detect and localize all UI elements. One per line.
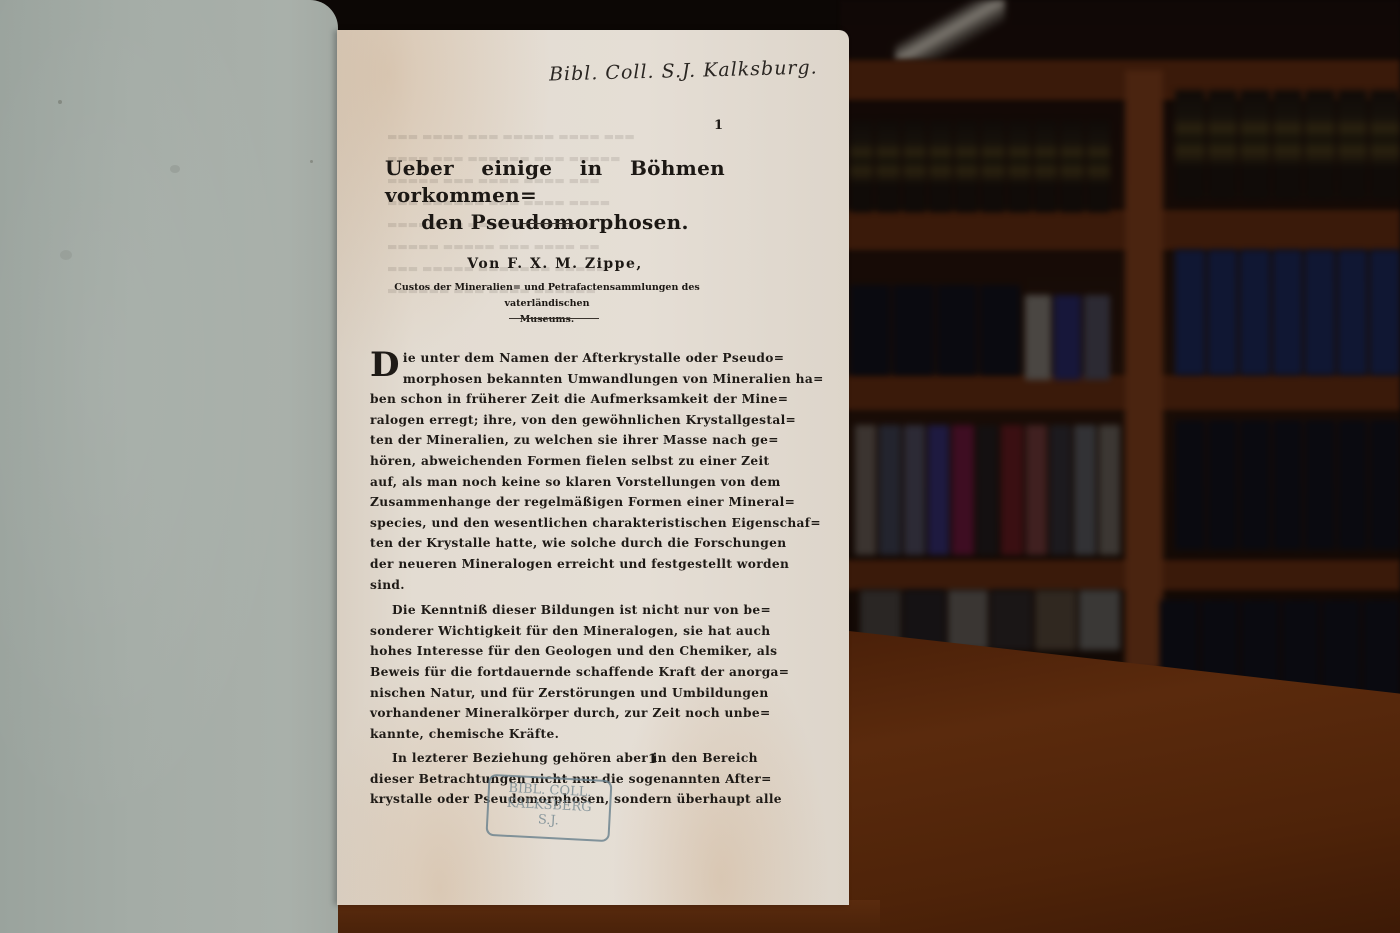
text-line: morphosen bekannten Umwandlungen von Min…: [370, 369, 721, 390]
title-divider: [523, 223, 578, 224]
title-line-1: Ueber einige in Böhmen vorkommen=: [385, 155, 725, 209]
text-line: Die Kenntniß dieser Bildungen ist nicht …: [370, 600, 721, 621]
author-byline: Von F. X. M. Zippe,: [385, 256, 725, 272]
text-line: hören, abweichenden Formen fielen selbst…: [370, 451, 721, 472]
lamp-glare: [895, 0, 1005, 60]
text-line: auf, als man noch keine so klaren Vorste…: [370, 472, 721, 493]
text-line: ralogen erregt; ihre, von den gewöhnlich…: [370, 410, 721, 431]
text-line: Zusammenhange der regelmäßigen Formen ei…: [370, 492, 721, 513]
paragraph-1: D ie unter dem Namen der Afterkrystalle …: [370, 348, 721, 595]
text-line: species, und den wesentlichen charakteri…: [370, 513, 721, 534]
text-line: ben schon in früherer Zeit die Aufmerksa…: [370, 389, 721, 410]
body-text: D ie unter dem Namen der Afterkrystalle …: [370, 348, 721, 810]
text-line: hohes Interesse für den Geologen und den…: [370, 641, 721, 662]
text-line: In lezterer Beziehung gehören aber in de…: [370, 748, 721, 769]
photo-scene: ▬▬▬ ▬▬▬▬ ▬▬▬ ▬▬▬▬▬ ▬▬▬▬ ▬▬▬ ▬▬▬▬ ▬▬▬ ▬▬▬…: [0, 0, 1400, 933]
title-line-2: den Pseudomorphosen.: [421, 210, 689, 234]
text-line: sind.: [370, 575, 721, 596]
book-cover-left: [0, 0, 338, 933]
paragraph-2: Die Kenntniß dieser Bildungen ist nicht …: [370, 600, 721, 744]
affiliation-line-2: Museums.: [367, 312, 727, 328]
page-number-top: 1: [714, 118, 723, 133]
text-line: Beweis für die fortdauernde schaffende K…: [370, 662, 721, 683]
text-line: kannte, chemische Kräfte.: [370, 724, 721, 745]
text-line: der neueren Mineralogen erreicht und fes…: [370, 554, 721, 575]
text-line: nischen Natur, und für Zerstörungen und …: [370, 683, 721, 704]
signature-mark: 1: [648, 752, 657, 767]
byline-divider: [509, 318, 599, 319]
drop-cap: D: [370, 350, 400, 380]
text-line: vorhandener Mineralkörper durch, zur Zei…: [370, 703, 721, 724]
text-line: ten der Krystalle hatte, wie solche durc…: [370, 533, 721, 554]
handwritten-library-note: Bibl. Coll. S.J. Kalksburg.: [549, 56, 818, 85]
library-stamp: BIBL. COLL. KALKSBERG S.J.: [485, 774, 612, 842]
text-line: sonderer Wichtigkeit für den Mineralogen…: [370, 621, 721, 642]
text-line: ie unter dem Namen der Afterkrystalle od…: [370, 348, 721, 369]
affiliation-line-1: Custos der Mineralien= und Petrafactensa…: [367, 280, 727, 312]
book-page: ▬▬▬ ▬▬▬▬ ▬▬▬ ▬▬▬▬▬ ▬▬▬▬ ▬▬▬ ▬▬▬▬ ▬▬▬ ▬▬▬…: [337, 30, 849, 905]
text-line: ten der Mineralien, zu welchen sie ihrer…: [370, 430, 721, 451]
author-affiliation: Custos der Mineralien= und Petrafactensa…: [367, 280, 727, 328]
